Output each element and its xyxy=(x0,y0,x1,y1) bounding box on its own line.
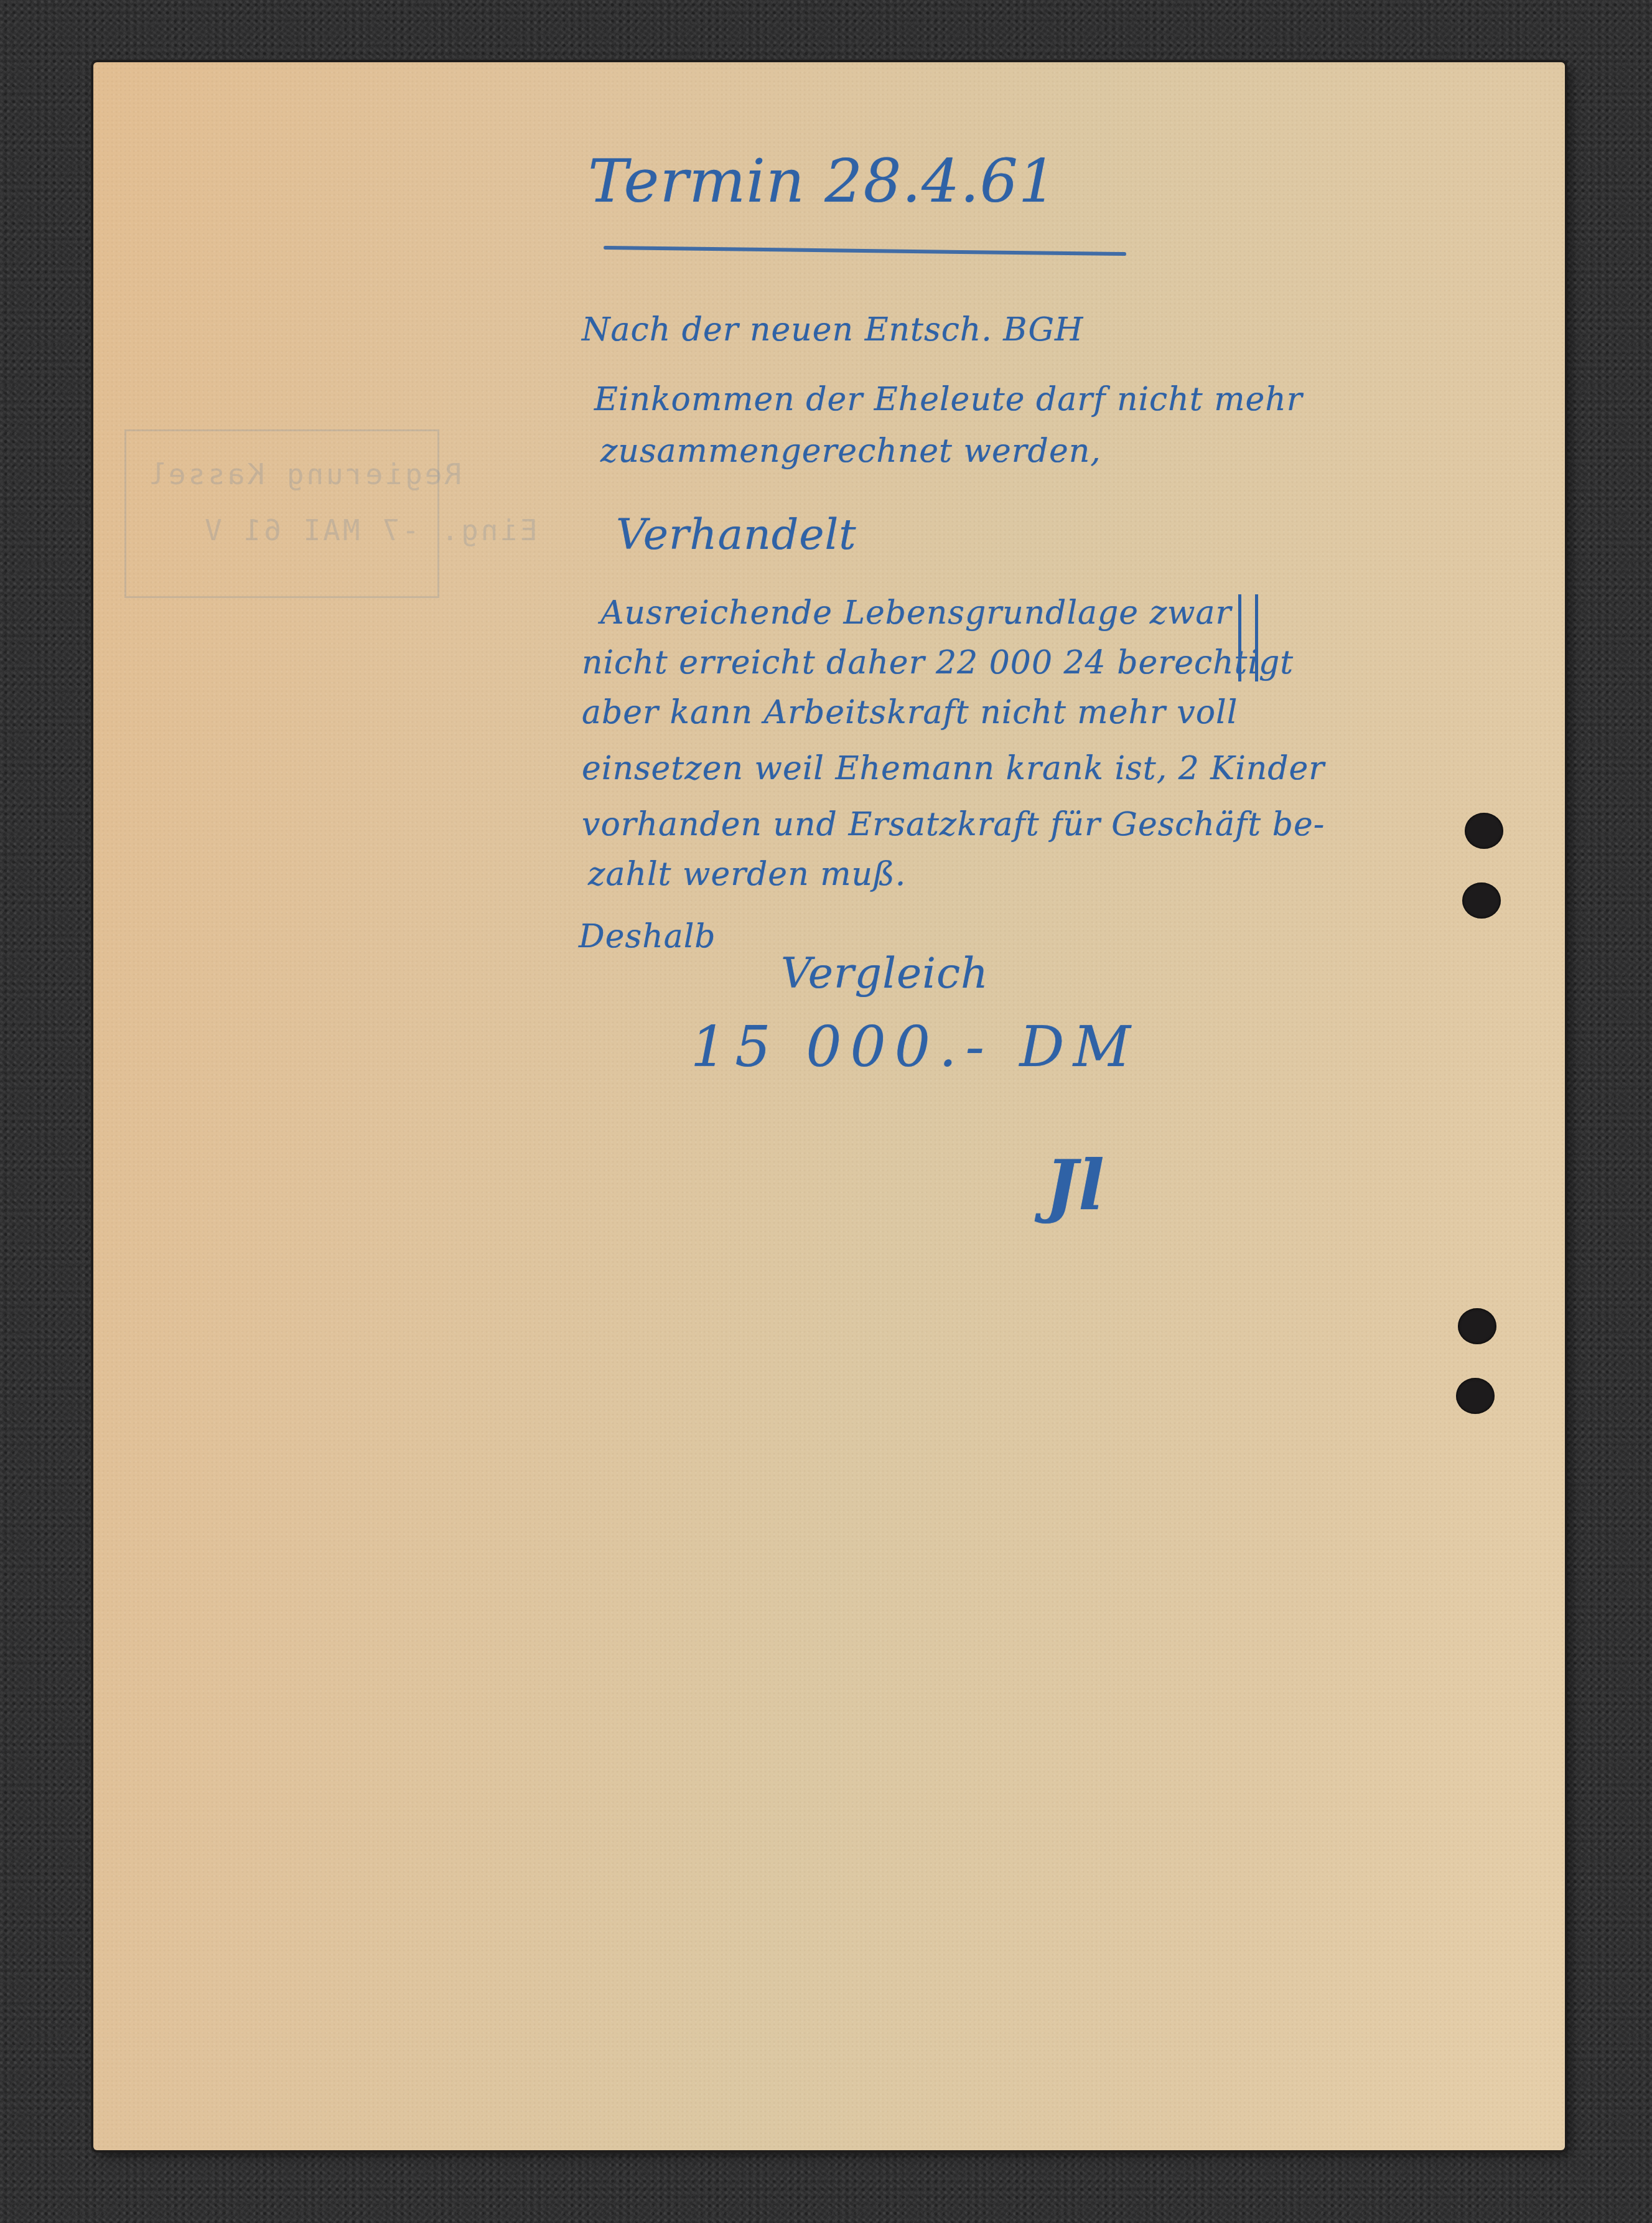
body-line-6: zahlt werden muß. xyxy=(588,856,906,893)
document-page xyxy=(93,62,1565,2150)
settlement-label: Vergleich xyxy=(781,949,989,998)
stamp-line-1: Regierung Kassel xyxy=(146,457,462,491)
settlement-amount: 15 000.- DM xyxy=(691,1014,1139,1080)
punch-hole xyxy=(1462,882,1501,919)
body-line-2: nicht erreicht daher 22 000 24 berechtig… xyxy=(582,644,1294,681)
text-line-3: zusammengerechnet werden, xyxy=(600,433,1101,470)
conclusion-label: Deshalb xyxy=(579,918,716,955)
punch-hole xyxy=(1465,813,1503,849)
punch-hole xyxy=(1456,1378,1495,1414)
margin-double-bar-mark xyxy=(1238,594,1258,681)
text-line-1: Nach der neuen Entsch. BGH xyxy=(582,311,1083,349)
section-heading-verhandelt: Verhandelt xyxy=(616,510,857,559)
body-line-1: Ausreichende Lebensgrundlage zwar xyxy=(600,594,1231,632)
stamp-line-2: Eing. -7 MAI 61 V xyxy=(202,513,538,547)
body-line-3: aber kann Arbeitskraft nicht mehr voll xyxy=(582,694,1238,731)
punch-hole xyxy=(1458,1308,1496,1344)
text-line-2: Einkommen der Eheleute darf nicht mehr xyxy=(594,381,1303,418)
signature-initials: Jl xyxy=(1045,1145,1105,1225)
body-line-5: vorhanden und Ersatzkraft für Geschäft b… xyxy=(582,806,1325,843)
body-line-4: einsetzen weil Ehemann krank ist, 2 Kind… xyxy=(582,750,1325,787)
heading-termin-date: Termin 28.4.61 xyxy=(588,146,1057,216)
